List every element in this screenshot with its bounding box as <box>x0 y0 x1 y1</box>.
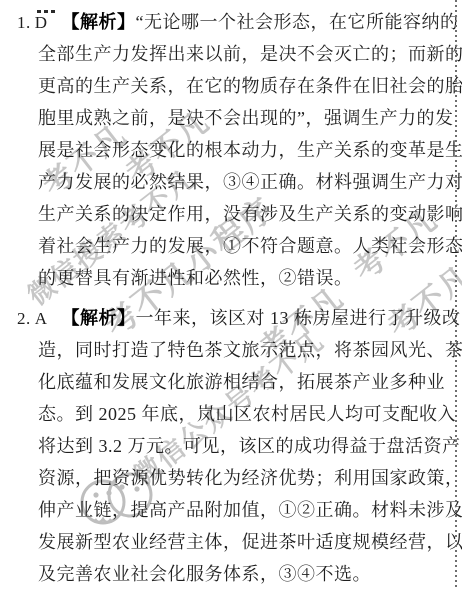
answer-line: 将达到 3.2 万元。可见，该区的成功得益于盘活资产 <box>17 430 440 462</box>
answer-line: 1.D【解析】“无论哪一个社会形态，在它所能容纳的 <box>17 6 440 38</box>
answer-line: 生产关系的决定作用，没有涉及生产关系的变动影响 <box>17 198 440 230</box>
answer-line: 伸产业链，提高产品附加值，①②正确。材料未涉及 <box>17 494 440 526</box>
answer-line: 资源，把资源优势转化为经济优势；利用国家政策，延 <box>17 462 440 494</box>
answer-line: 造，同时打造了特色茶文旅示范点，将茶园风光、茶文 <box>17 334 440 366</box>
analysis-tag: 【解析】 <box>62 308 136 328</box>
clipped-previous-line <box>37 0 59 4</box>
answer-line: 产力发展的必然结果，③④正确。材料强调生产力对 <box>17 166 440 198</box>
question-number: 1. <box>17 13 31 32</box>
analysis-tag: 【解析】 <box>62 12 136 32</box>
analysis-text: “无论哪一个社会形态，在它所能容纳的 <box>136 12 459 32</box>
answer-key-content: 1.D【解析】“无论哪一个社会形态，在它所能容纳的 全部生产力发挥出来以前，是决… <box>17 6 440 589</box>
analysis-text: 一年来，该区对 13 栋房屋进行了升级改 <box>136 308 461 328</box>
answer-line: 化底蕴和发展文化旅游相结合，拓展茶产业多种业 <box>17 366 440 398</box>
answer-letter: A <box>35 309 48 328</box>
answer-line: 及完善农业社会化服务体系，③④不选。 <box>17 558 440 589</box>
answer-item-2: 2.A【解析】一年来，该区对 13 栋房屋进行了升级改 造，同时打造了特色茶文旅… <box>17 302 440 589</box>
answer-item-1: 1.D【解析】“无论哪一个社会形态，在它所能容纳的 全部生产力发挥出来以前，是决… <box>17 6 440 294</box>
answer-line: 更高的生产关系，在它的物质存在条件在旧社会的胎 <box>17 70 440 102</box>
answer-line: 2.A【解析】一年来，该区对 13 栋房屋进行了升级改 <box>17 302 440 334</box>
answer-line: 的更替具有渐进性和必然性，②错误。 <box>17 262 440 294</box>
answer-line: 着社会生产力的发展，①不符合题意。人类社会形态 <box>17 230 440 262</box>
answer-line: 发展新型农业经营主体，促进茶叶适度规模经营，以 <box>17 526 440 558</box>
answer-letter: D <box>35 13 48 32</box>
answer-line: 展是社会形态变化的根本动力，生产关系的变革是生 <box>17 134 440 166</box>
dotted-cut-line <box>455 0 457 589</box>
answer-line: 态。到 2025 年底，岚山区农村居民人均可支配收入 <box>17 398 440 430</box>
answer-line: 胞里成熟之前，是决不会出现的”，强调生产力的发 <box>17 102 440 134</box>
question-number: 2. <box>17 309 31 328</box>
answer-line: 全部生产力发挥出来以前，是决不会灭亡的；而新的 <box>17 38 440 70</box>
